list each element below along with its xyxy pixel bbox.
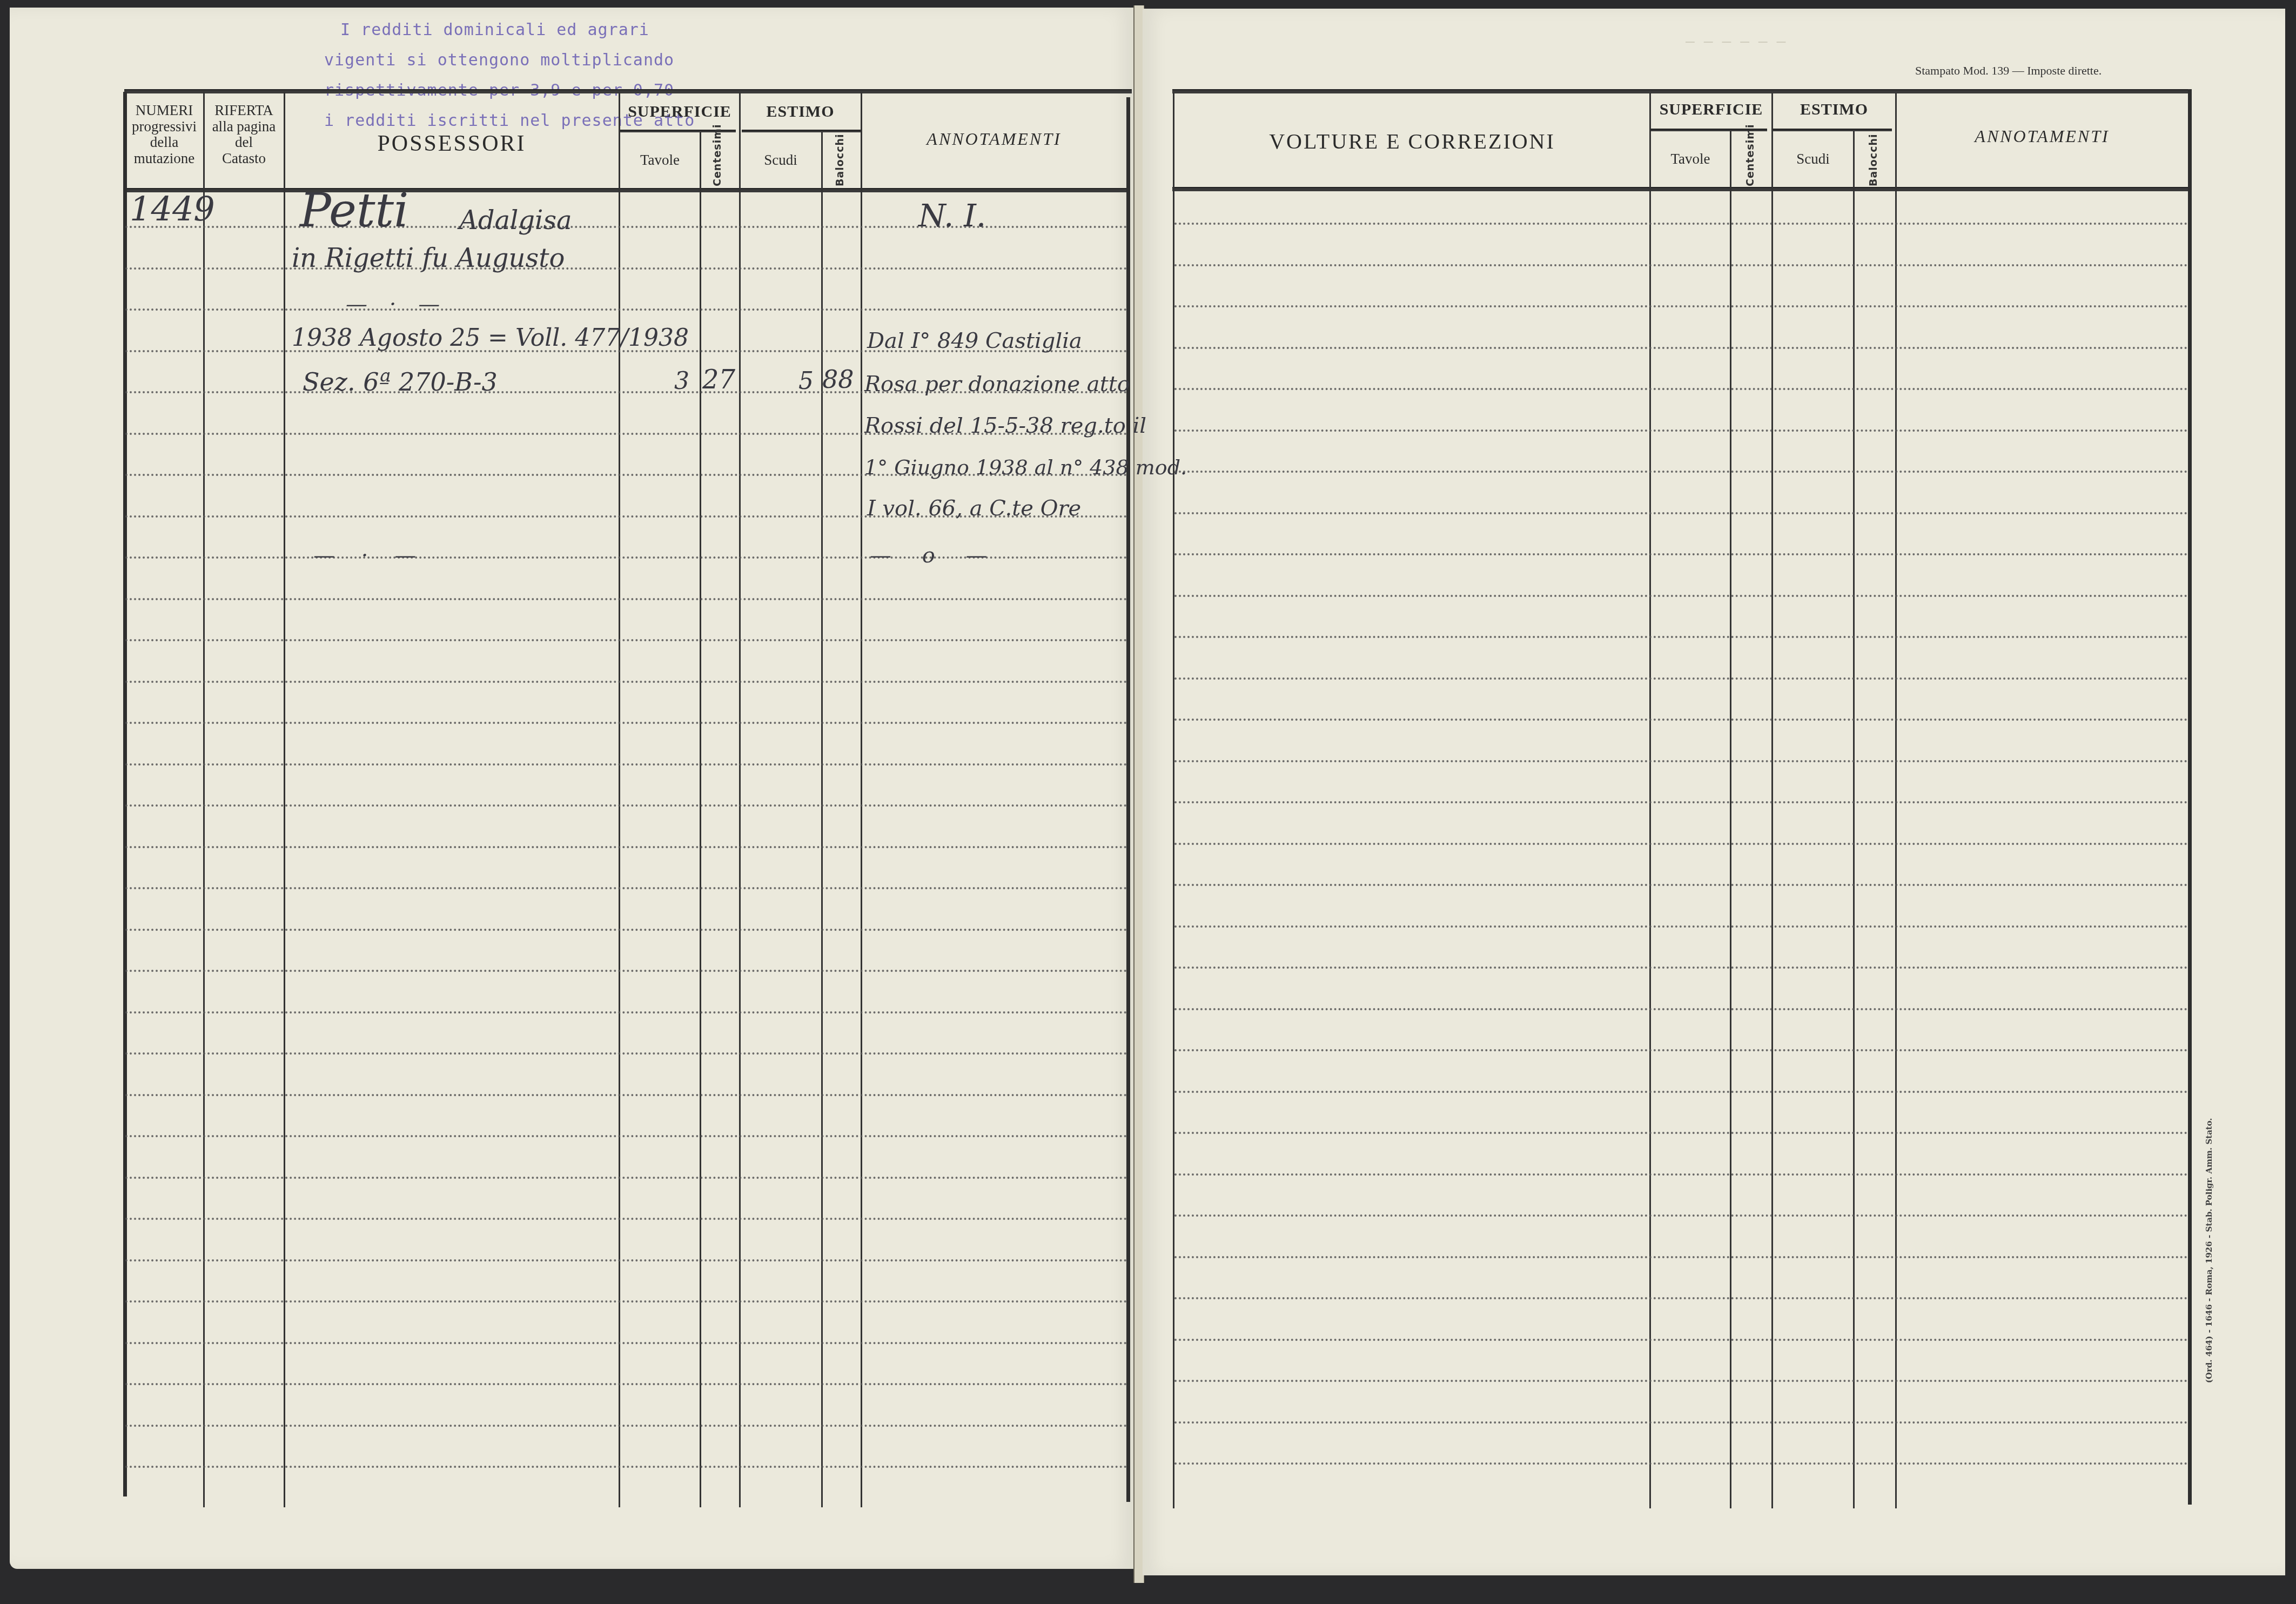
ruled-line [1174,595,2188,597]
ruled-line [1174,1297,2188,1299]
header-numeri: NUMERI progressivi della mutazione [125,103,203,167]
header-riferta: RIFERTA alla pagina del Catasto [204,103,284,167]
left-right-border-line [1126,97,1130,1502]
right-border-line [2188,89,2192,1505]
ruled-line [125,598,1127,600]
header-annotamenti: ANNOTAMENTI [862,130,1126,149]
ruled-line [1174,636,2188,638]
left-page [10,8,1133,1569]
col-line [203,92,205,1507]
ruled-line [1174,719,2188,721]
ruled-line [1174,1173,2188,1176]
annotamenti-line-4: 1° Giugno 1938 al n° 438 mod. [864,455,1187,479]
entry-volture-line: 1938 Agosto 25 = Voll. 477/1938 [292,324,689,352]
ruled-line [125,1052,1127,1055]
ruled-line [125,1177,1127,1179]
col-line [1730,131,1731,1508]
entry-surname: Petti [300,184,409,238]
ruled-line [1174,925,2188,928]
ruled-line [125,929,1127,931]
ruled-line [1174,967,2188,969]
ruled-line [125,970,1127,972]
entry-possessore-line2: in Rigetti fu Augusto [292,243,565,273]
entry-separator-1: — · — [346,292,447,317]
ruled-line [125,681,1127,683]
ruled-line [1174,801,2188,803]
ruled-line [125,1218,1127,1220]
ruled-line [1174,1091,2188,1093]
right-header-estimo: ESTIMO [1773,100,1895,118]
ruled-line [125,1466,1127,1468]
col-line [1853,131,1855,1508]
ruled-line [125,1342,1127,1344]
annotamenti-line-3: Rossi del 15-5-38 reg.to il [864,413,1146,438]
header-scudi: Scudi [740,152,821,169]
right-header-scudi: Scudi [1773,151,1853,167]
ruled-line [125,267,1127,270]
annotamenti-top: N. I. [918,197,986,234]
right-header-bottom-rule [1172,187,2191,191]
left-table-top-rule [124,89,1132,93]
entry-tavole: 3 [674,367,689,395]
annotamenti-line-5: I vol. 66, a C.te Ore [867,496,1081,521]
ruled-line [1174,1214,2188,1217]
header-possessori: POSSESSORI [285,131,619,156]
ruled-line [1174,884,2188,886]
ruled-line [1174,264,2188,266]
ruled-line [1174,677,2188,680]
entry-numero: 1449 [130,189,215,229]
ruled-line [1174,223,2188,225]
ruled-line [1174,1462,2188,1465]
ruled-line [1174,512,2188,514]
annotamenti-line-1: Dal I° 849 Castiglia [867,328,1082,353]
ruled-line [125,1135,1127,1137]
left-header-bottom-rule [124,188,1129,192]
ruled-line [1174,1256,2188,1258]
col-line [284,92,285,1507]
header-balocchi: Balocchi [835,135,846,186]
ruled-line [1174,1008,2188,1010]
right-table-top-rule [1172,89,2191,93]
header-estimo: ESTIMO [740,103,861,120]
ruled-line [1174,1339,2188,1341]
ruled-line [1174,553,2188,555]
ruled-line [125,1425,1127,1427]
ruled-line [1174,760,2188,762]
right-header-tavole: Tavole [1651,151,1730,167]
entry-separator-3: — o — [870,543,999,568]
ruled-line [1174,429,2188,432]
stamp-line-2: vigenti si ottengono moltiplicando [324,45,695,76]
ruled-line [125,1094,1127,1096]
ruled-line [125,722,1127,724]
entry-balocchi: 88 [822,365,854,394]
col-line [861,92,862,1507]
ruled-line [125,639,1127,641]
entry-separator-2: — · — [313,543,426,568]
ruled-line [125,846,1127,848]
ruled-line [1174,1049,2188,1051]
entry-name: Adalgisa [459,205,572,236]
ruled-line [1174,1421,2188,1424]
annotamenti-line-2: Rosa per donazione atto [864,372,1130,397]
ruled-line [1174,471,2188,473]
ruled-line [125,1259,1127,1261]
estimo-sub-rule [742,130,861,132]
ruled-line [125,308,1127,311]
col-line [619,92,620,1507]
entry-scudi: 5 [798,367,814,395]
bleed-through-text: — — — — — — [1686,32,1785,50]
ruled-line [1174,388,2188,390]
printer-note: Stampato Mod. 139 — Imposte dirette. [1915,64,2102,78]
left-border-line [123,92,127,1496]
ruled-line [1174,305,2188,307]
header-centesimi: Centesimi [712,135,723,186]
ruled-line [1174,843,2188,845]
ruled-line [1174,347,2188,349]
header-superficie: SUPERFICIE [620,103,739,120]
right-header-annotamenti: ANNOTAMENTI [1896,127,2188,146]
col-line [739,92,741,1507]
ruled-line [1174,1380,2188,1382]
ruled-line [125,763,1127,766]
right-estimo-sub-rule [1773,129,1892,131]
ruled-line [125,1383,1127,1385]
right-header-centesimi: Centesimi [1745,135,1756,186]
stamp-line-1: I redditi dominicali ed agrari [324,15,695,45]
header-tavole: Tavole [620,152,700,169]
entry-sezione-line: Sez. 6ª 270-B-3 [303,367,498,397]
ruled-line [1174,1132,2188,1134]
ruled-line [125,804,1127,807]
ruled-line [125,887,1127,889]
vertical-imprint: (Ord. 464) - 1646 - Roma, 1926 - Stab. P… [2204,1102,2214,1383]
entry-centesimi: 27 [702,365,735,395]
header-volture: VOLTURE E CORREZIONI [1175,130,1649,153]
right-header-superficie: SUPERFICIE [1651,100,1771,118]
right-header-balocchi: Balocchi [1868,135,1879,186]
ruled-line [125,1300,1127,1303]
ruled-line [125,1011,1127,1014]
